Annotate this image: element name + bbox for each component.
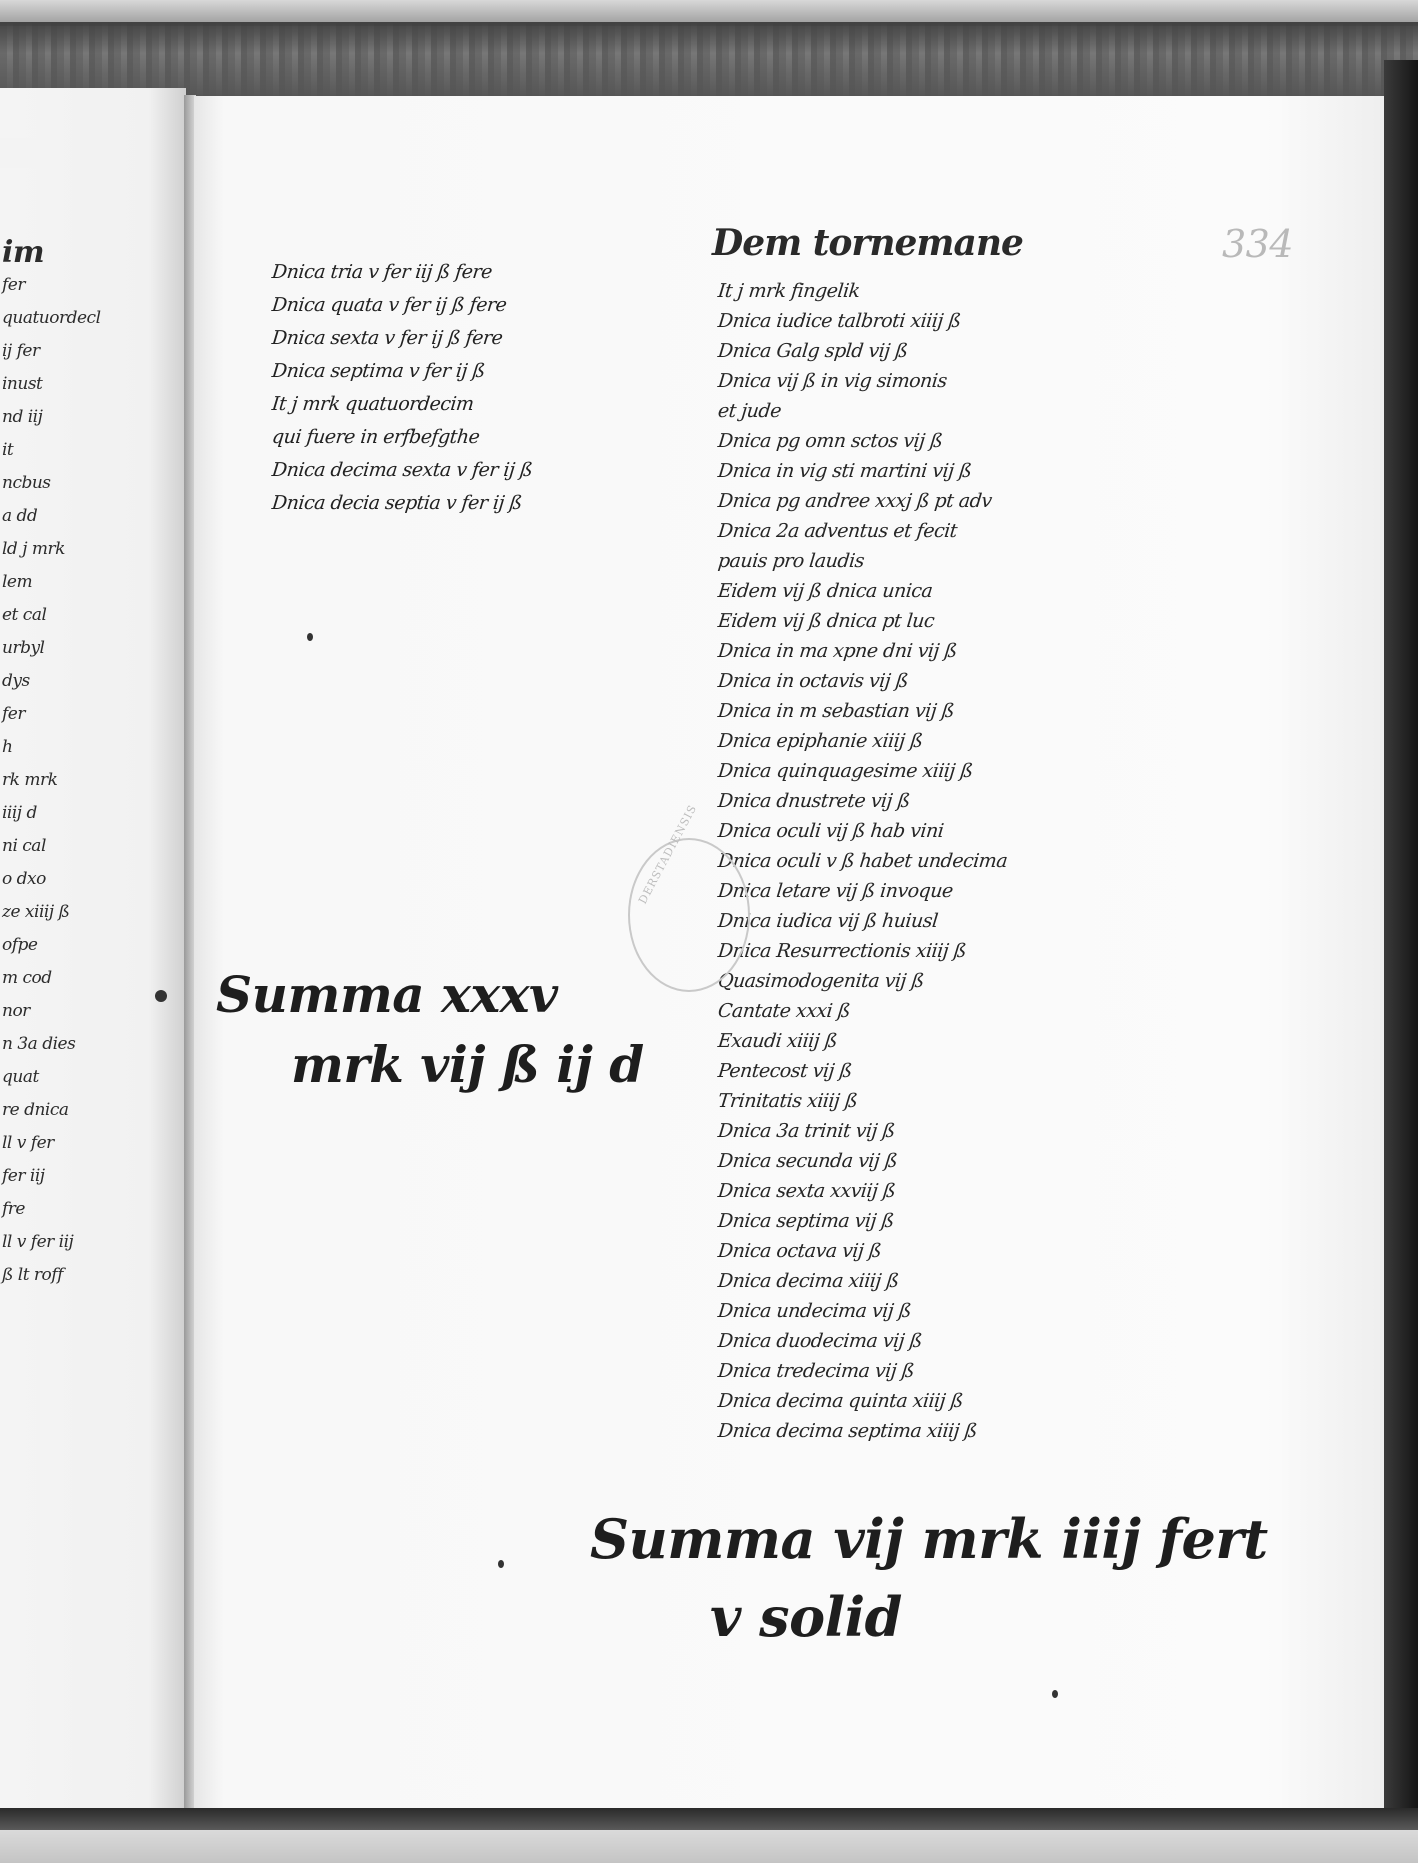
fragment: n 3a dies xyxy=(2,1028,101,1061)
book-binding-bottom xyxy=(0,1808,1418,1830)
fragment: fer xyxy=(2,698,101,731)
entry-line: Dnica Resurrectionis xiiij ß xyxy=(716,936,1008,966)
entry-line: Dnica oculi v ß habet undecima xyxy=(716,846,1008,876)
summa-line-1: Summa vij mrk iiij fert xyxy=(590,1500,1268,1578)
entry-line: Dnica iudica vij ß huiusl xyxy=(716,906,1008,936)
fragment: h xyxy=(2,731,101,764)
entry-line: Dnica epiphanie xiiij ß xyxy=(716,726,1008,756)
summa-subtotal: Summa xxxv mrk vij ß ij d xyxy=(216,960,644,1100)
fragment: inust xyxy=(2,368,101,401)
library-seal-stamp: DERSTADIENSIS xyxy=(628,838,750,992)
entry-line: Pentecost vij ß xyxy=(716,1056,1008,1086)
fragment: ll v fer xyxy=(2,1127,101,1160)
summa-line-1: Summa xxxv xyxy=(216,960,644,1030)
entry-line: Dnica pg andree xxxj ß pt adv xyxy=(716,486,1008,516)
entry-line: Eidem vij ß dnica unica xyxy=(716,576,1008,606)
book-binding-top xyxy=(0,22,1418,100)
fragment: ß lt roff xyxy=(2,1259,101,1292)
entry-line: Quasimodogenita vij ß xyxy=(716,966,1008,996)
fragment: ncbus xyxy=(2,467,101,500)
fragment: quat xyxy=(2,1061,101,1094)
entry-line: qui fuere in erfbefgthe xyxy=(270,421,534,454)
entry-line: Cantate xxxi ß xyxy=(716,996,1008,1026)
entry-line: pauis pro laudis xyxy=(716,546,1008,576)
entry-line: Eidem vij ß dnica pt luc xyxy=(716,606,1008,636)
entry-line: Dnica septima vij ß xyxy=(716,1206,1008,1236)
fragment: a dd xyxy=(2,500,101,533)
right-column-entries: It j mrk fingelik Dnica iudice talbroti … xyxy=(718,276,1007,1446)
page-number: 334 xyxy=(1222,222,1293,266)
fragment: ld j mrk xyxy=(2,533,101,566)
fragment: m cod xyxy=(2,962,101,995)
column-heading: Dem tornemane xyxy=(712,222,1023,264)
entry-line: Dnica tredecima vij ß xyxy=(716,1356,1008,1386)
fragment: iiij d xyxy=(2,797,101,830)
fragment: it xyxy=(2,434,101,467)
fragment: fre xyxy=(2,1193,101,1226)
entry-line: Dnica decia septia v fer ij ß xyxy=(270,487,534,520)
entry-line: Dnica sexta v fer ij ß fere xyxy=(270,322,534,355)
scan-floor xyxy=(0,1830,1418,1863)
entry-line: Dnica duodecima vij ß xyxy=(716,1326,1008,1356)
entry-line: Exaudi xiiij ß xyxy=(716,1026,1008,1056)
entry-line: Dnica quinquagesime xiiij ß xyxy=(716,756,1008,786)
fragment: o dxo xyxy=(2,863,101,896)
entry-line: Dnica in vig sti martini vij ß xyxy=(716,456,1008,486)
fragment: urbyl xyxy=(2,632,101,665)
summa-total: Summa vij mrk iiij fert v solid xyxy=(590,1500,1268,1656)
entry-line: Dnica oculi vij ß hab vini xyxy=(716,816,1008,846)
summa-line-2: mrk vij ß ij d xyxy=(216,1030,644,1100)
entry-line: Dnica decima xiiij ß xyxy=(716,1266,1008,1296)
fragment: dys xyxy=(2,665,101,698)
fragment: nd iij xyxy=(2,401,101,434)
entry-line: Dnica 3a trinit vij ß xyxy=(716,1116,1008,1146)
fragment: ij fer xyxy=(2,335,101,368)
entry-line: Dnica in m sebastian vij ß xyxy=(716,696,1008,726)
entry-line: Trinitatis xiiij ß xyxy=(716,1086,1008,1116)
ink-dot xyxy=(1052,1690,1058,1698)
fragment: rk mrk xyxy=(2,764,101,797)
ink-dot xyxy=(307,633,313,641)
entry-line: et jude xyxy=(716,396,1008,426)
entry-line: Dnica sexta xxviij ß xyxy=(716,1176,1008,1206)
fragment: nor xyxy=(2,995,101,1028)
entry-line: Dnica 2a adventus et fecit xyxy=(716,516,1008,546)
entry-line: Dnica tria v fer iij ß fere xyxy=(270,256,534,289)
fragment: quatuordecl xyxy=(2,302,101,335)
left-page-tab xyxy=(0,138,55,168)
entry-line: It j mrk quatuordecim xyxy=(270,388,534,421)
entry-line: Dnica octava vij ß xyxy=(716,1236,1008,1266)
fragment: ll v fer iij xyxy=(2,1226,101,1259)
entry-line: Dnica in ma xpne dni vij ß xyxy=(716,636,1008,666)
entry-line: Dnica dnustrete vij ß xyxy=(716,786,1008,816)
summa-line-2: v solid xyxy=(590,1578,1268,1656)
entry-line: Dnica decima septima xiiij ß xyxy=(716,1416,1008,1446)
fragment: lem xyxy=(2,566,101,599)
entry-line: Dnica letare vij ß invoque xyxy=(716,876,1008,906)
entry-line: Dnica decima quinta xiiij ß xyxy=(716,1386,1008,1416)
entry-line: Dnica iudice talbroti xiiij ß xyxy=(716,306,1008,336)
entry-line: Dnica vij ß in vig simonis xyxy=(716,366,1008,396)
left-page-text: im fer quatuordecl ij fer inust nd iij i… xyxy=(2,236,101,1292)
right-page-edge xyxy=(1384,60,1418,1840)
entry-line: Dnica pg omn sctos vij ß xyxy=(716,426,1008,456)
entry-line: Dnica quata v fer ij ß fere xyxy=(270,289,534,322)
ink-mark xyxy=(155,990,167,1002)
left-column-entries: Dnica tria v fer iij ß fere Dnica quata … xyxy=(272,256,532,520)
entry-line: Dnica Galg spld vij ß xyxy=(716,336,1008,366)
fragment: ofpe xyxy=(2,929,101,962)
entry-line: Dnica in octavis vij ß xyxy=(716,666,1008,696)
entry-line: Dnica septima v fer ij ß xyxy=(270,355,534,388)
fragment: fer iij xyxy=(2,1160,101,1193)
fragment: ze xiiij ß xyxy=(2,896,101,929)
fragment: fer xyxy=(2,269,101,302)
entry-line: Dnica decima sexta v fer ij ß xyxy=(270,454,534,487)
fragment: et cal xyxy=(2,599,101,632)
entry-line: Dnica undecima vij ß xyxy=(716,1296,1008,1326)
entry-line: It j mrk fingelik xyxy=(716,276,1008,306)
fragment: im xyxy=(2,236,101,269)
fragment: re dnica xyxy=(2,1094,101,1127)
entry-line: Dnica secunda vij ß xyxy=(716,1146,1008,1176)
ink-dot xyxy=(498,1560,504,1568)
fragment: ni cal xyxy=(2,830,101,863)
